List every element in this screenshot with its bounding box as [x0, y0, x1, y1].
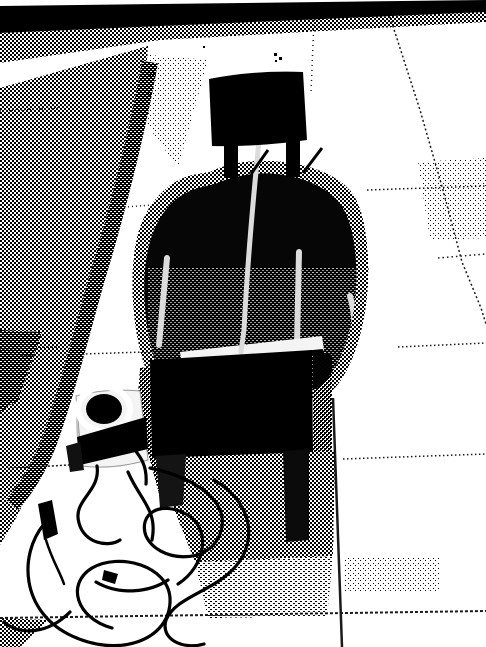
dot — [275, 60, 277, 62]
chair-leg-right — [297, 252, 299, 345]
box-shadow-fade — [195, 556, 333, 618]
speckle-patch-right — [418, 158, 486, 240]
speckle-patch-bottom — [345, 558, 440, 592]
pump-device — [66, 387, 148, 472]
backrest-post-left — [224, 140, 238, 178]
box-leg-left — [156, 454, 186, 508]
box-leg-right — [283, 449, 309, 542]
dot — [203, 46, 205, 48]
dot — [274, 53, 277, 56]
photo-canvas — [0, 0, 486, 647]
pump-knob — [86, 394, 122, 424]
dot — [279, 57, 282, 60]
backrest-post-right — [286, 139, 300, 177]
equipment-box — [150, 350, 313, 458]
box-side-panel — [313, 350, 332, 452]
scanned-photo — [0, 0, 486, 647]
chair-backrest — [209, 72, 307, 146]
